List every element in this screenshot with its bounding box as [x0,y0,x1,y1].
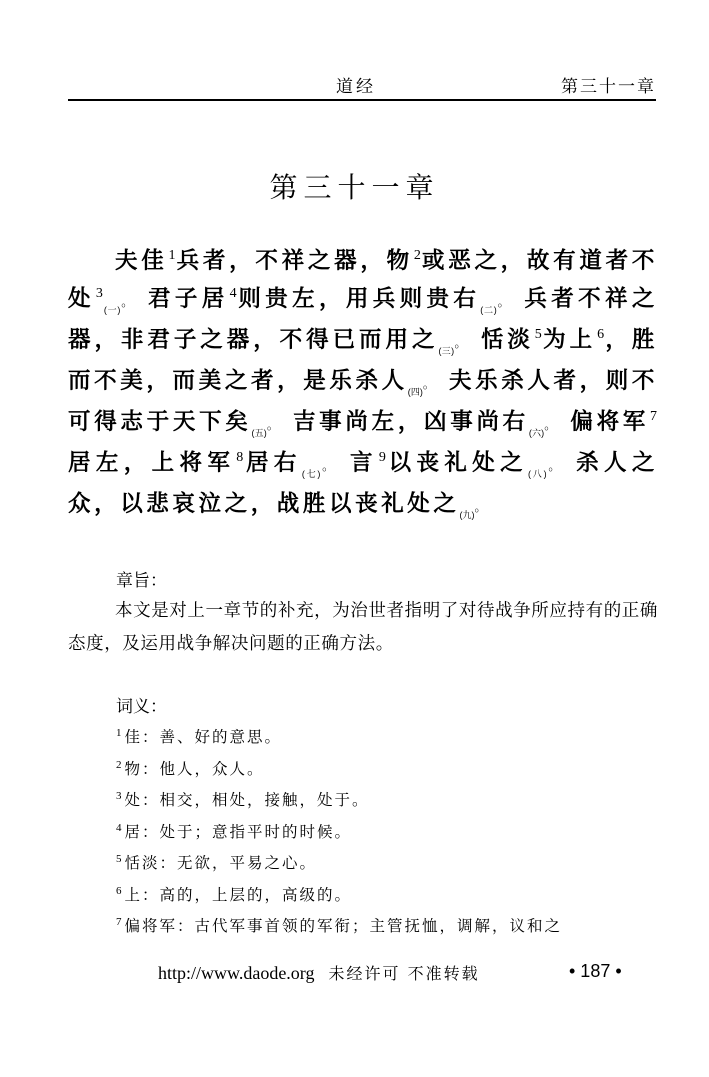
full-stop: 。 [544,418,556,432]
full-stop: 。 [423,377,435,391]
footnote-marker: 6 [597,327,604,342]
running-chapter-label: 第三十一章 [561,72,656,97]
text-run: 兵者，不祥之器，物 [176,248,412,274]
glossary-number: 3 [116,790,122,802]
glossary-definition: 偏将军：古代军事首领的军衔；主管抚恤，调解，议和之 [125,917,563,935]
section-note-marker: (二) [480,305,497,315]
text-run: 吉事尚左，凶事尚右 [293,409,529,435]
full-stop: 。 [497,295,511,309]
footnote-marker: 9 [379,450,386,465]
section-note-marker: (五) [252,428,267,438]
full-stop: 。 [475,500,487,514]
glossary-item: 3处：相交，相处，接触，处于。 [116,785,661,817]
glossary-item: 6上：高的，上层的，高级的。 [116,880,661,912]
glossary-label: 词义： [116,692,167,717]
full-stop: 。 [267,418,279,432]
page-number: • 187 • [569,961,622,982]
summary-text: 本文是对上一章节的补充，为治世者指明了对待战争所应持有的正确态度，及运用战争解决… [68,595,658,661]
summary-label: 章旨： [116,566,167,591]
footnote-marker: 2 [414,248,421,263]
section-note-marker: (六) [529,428,544,438]
full-stop: 。 [320,459,336,473]
section-note-marker: (七) [302,469,321,479]
text-run: 则贵左，用兵则贵右 [238,286,481,312]
glossary-number: 6 [116,885,122,897]
page-footer: http://www.daode.org未经许可 不准转载 • 187 • [158,961,480,984]
scripture-text: 夫佳1兵者，不祥之器，物2或恶之，故有道者不处3(一)。君子居4则贵左，用兵则贵… [68,242,658,526]
section-note-marker: (九) [460,510,475,520]
glossary-item: 1佳：善、好的意思。 [116,722,661,754]
glossary-item: 5恬淡：无欲，平易之心。 [116,848,661,880]
footnote-marker: 5 [535,327,542,342]
glossary-number: 4 [116,822,122,834]
full-stop: 。 [547,459,563,473]
text-run: 偏将军 [570,409,649,435]
text-run: 以丧礼处之 [387,450,528,476]
glossary-definition: 上：高的，上层的，高级的。 [125,886,353,904]
footnote-marker: 3 [96,286,103,301]
footnote-marker: 4 [230,286,237,301]
text-run: 夫佳 [115,248,167,274]
running-header: 道经 第三十一章 [68,70,656,100]
text-run: 居右 [244,450,302,476]
glossary-item: 7偏将军：古代军事首领的军衔；主管抚恤，调解，议和之 [116,911,661,943]
glossary-item: 2物：他人，众人。 [116,754,661,786]
section-note-marker: (三) [438,346,454,356]
footnote-marker: 1 [168,248,175,263]
full-stop: 。 [120,295,134,309]
footer-url: http://www.daode.org [158,963,314,983]
footnote-marker: 8 [236,450,243,465]
text-run: 为上 [543,327,596,353]
footnote-marker: 7 [650,409,657,424]
section-note-marker: (八) [528,469,547,479]
glossary-number: 5 [116,853,122,865]
section-note-marker: (四) [408,387,423,397]
text-run: 言 [350,450,378,476]
header-rule [68,99,656,101]
text-run: 居左，上将军 [68,450,235,476]
book-title: 道经 [336,72,376,97]
text-run: 君子居 [148,286,229,312]
glossary-definition: 恬淡：无欲，平易之心。 [125,854,318,872]
glossary-number: 1 [116,727,122,739]
glossary-definition: 居：处于；意指平时的时候。 [125,823,353,841]
glossary-number: 7 [116,916,122,928]
chapter-title: 第三十一章 [0,166,709,206]
glossary-list: 1佳：善、好的意思。2物：他人，众人。3处：相交，相处，接触，处于。4居：处于；… [116,722,661,943]
glossary-definition: 物：他人，众人。 [125,760,265,778]
glossary-item: 4居：处于；意指平时的时候。 [116,817,661,849]
copyright-notice: 未经许可 不准转载 [328,964,479,983]
section-note-marker: (一) [104,305,121,315]
glossary-number: 2 [116,759,122,771]
glossary-definition: 处：相交，相处，接触，处于。 [125,791,370,809]
glossary-definition: 佳：善、好的意思。 [125,728,283,746]
text-run: 恬淡 [481,327,534,353]
full-stop: 。 [454,336,467,350]
